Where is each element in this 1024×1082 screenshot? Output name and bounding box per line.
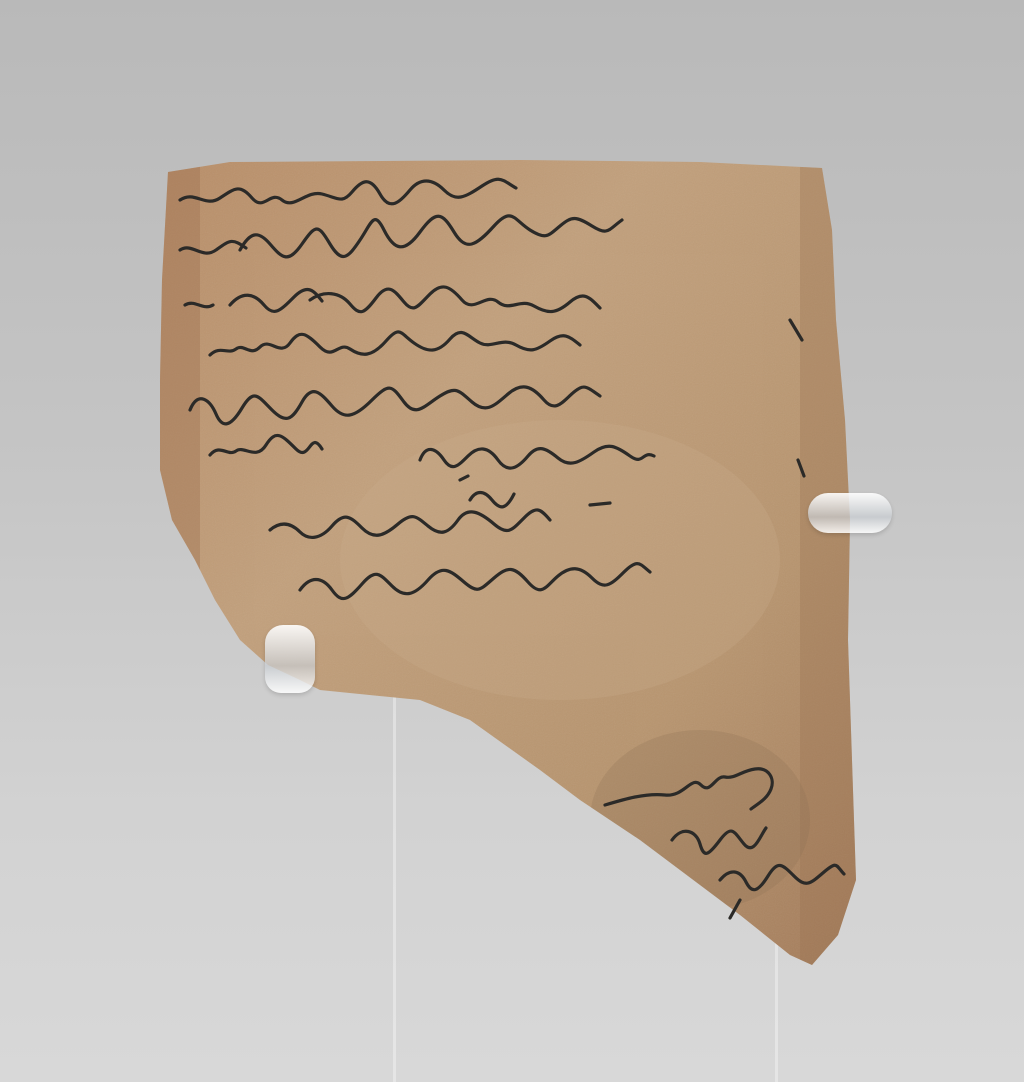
mount-clip-right	[808, 493, 892, 533]
ostracon-sherd	[0, 0, 1024, 1082]
photo-stage	[0, 0, 1024, 1082]
mount-clip-left	[265, 625, 315, 693]
